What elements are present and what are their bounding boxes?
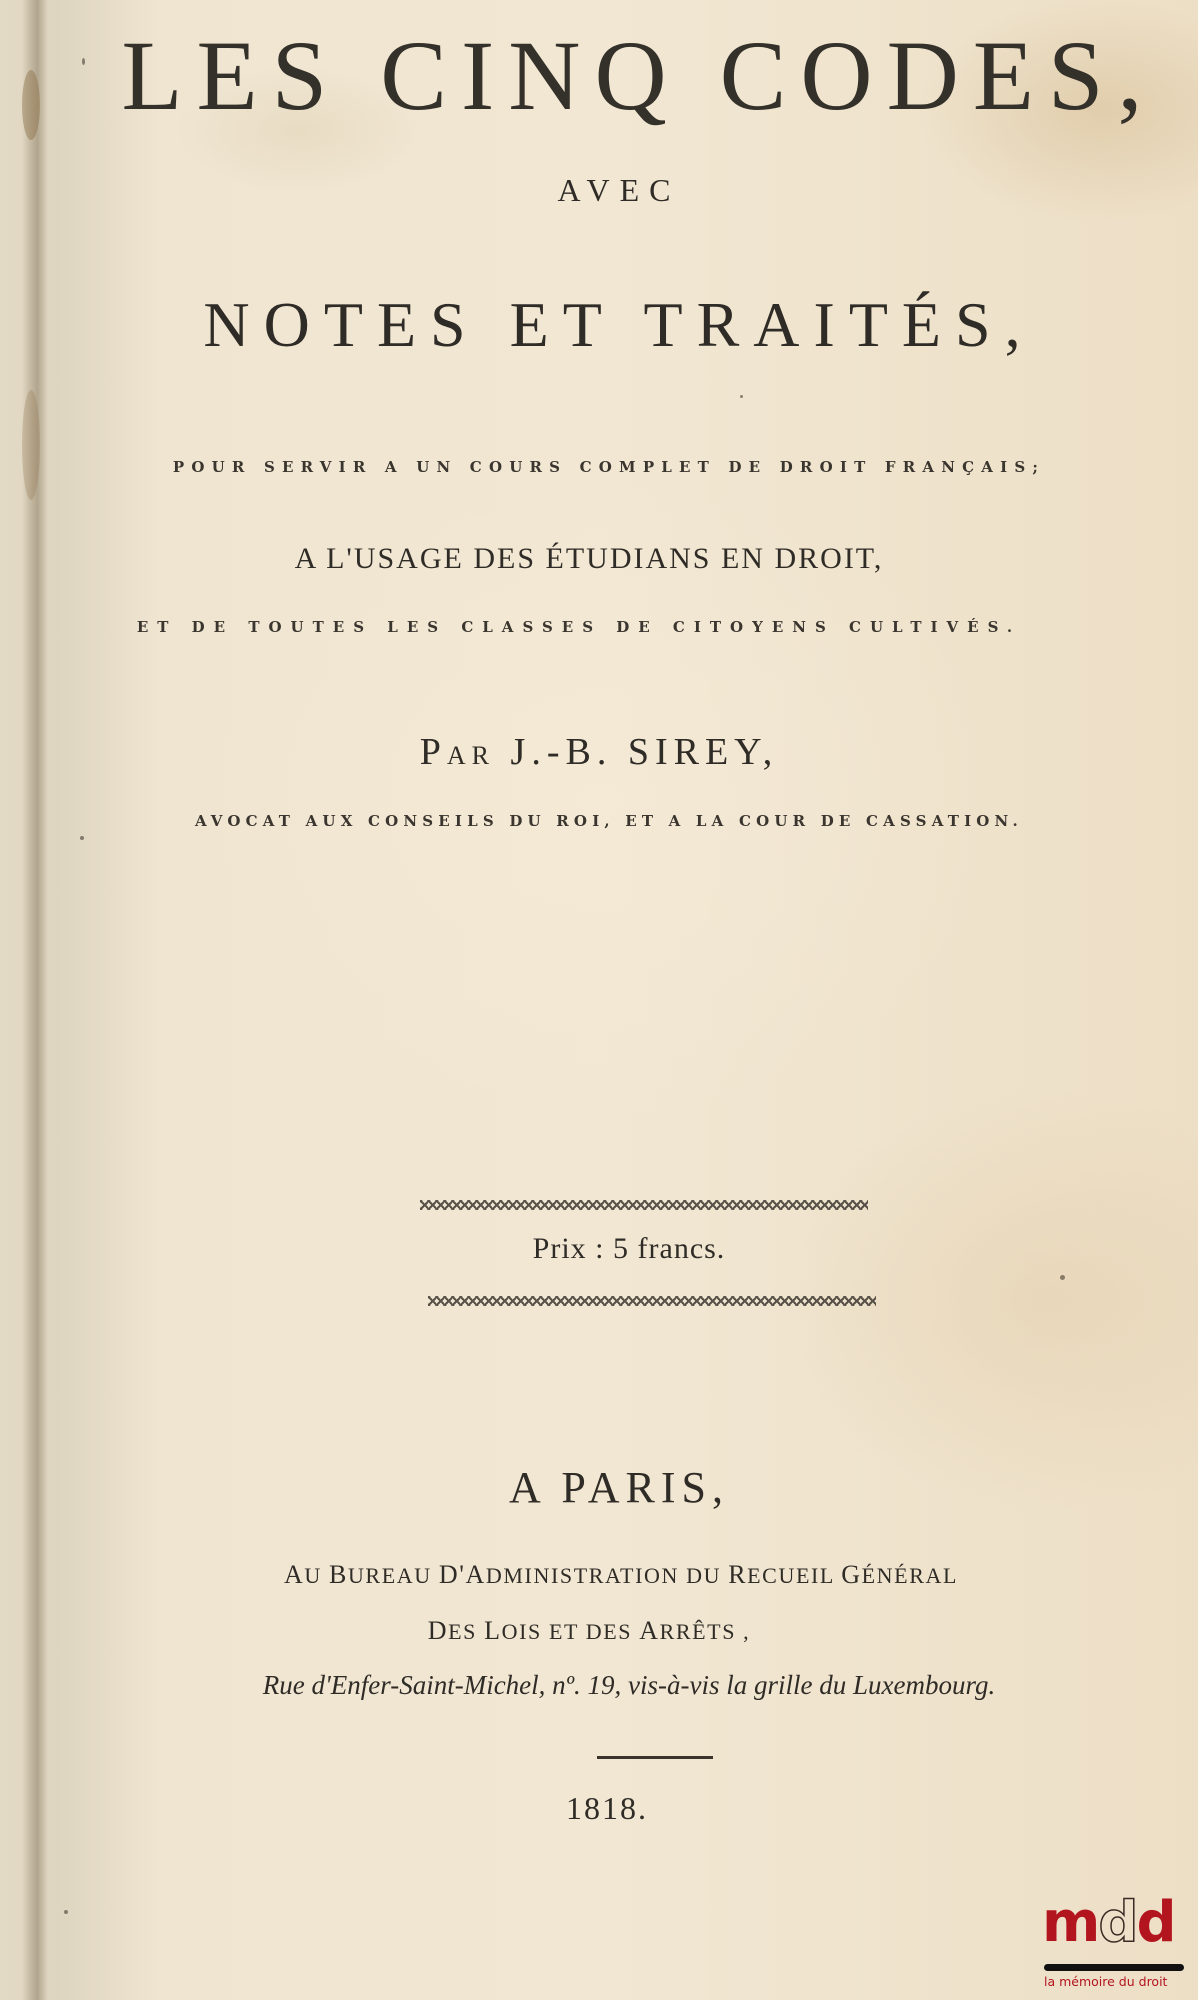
publication-year: 1818. <box>8 1790 1198 1827</box>
caps-text: ÉNÉRAL <box>862 1563 958 1588</box>
price-label: Prix : 5 francs. <box>30 1232 1198 1266</box>
paper-speck <box>1060 1275 1065 1280</box>
caps-text: ECUEIL <box>747 1563 841 1588</box>
imprint-publisher-line-1: AU BUREAU D'ADMINISTRATION DU RECUEIL GÉ… <box>22 1560 1198 1590</box>
author-prefix-initial: P <box>420 731 447 773</box>
caps-text: ES <box>448 1619 484 1644</box>
ornamental-rule-bottom <box>428 1296 876 1306</box>
author-prefix-rest: AR <box>447 741 495 770</box>
author-name: J.-B. SIREY, <box>495 731 778 773</box>
drop-cap: G <box>841 1560 861 1589</box>
drop-cap: R <box>728 1560 747 1589</box>
logo-letter-d: d <box>1136 1890 1174 1955</box>
gutter-stain <box>22 70 40 140</box>
audience-line-citizens: ET DE TOUTES LES CLASSES DE CITOYENS CUL… <box>0 618 1178 636</box>
audience-line-students: A L'USAGE DES ÉTUDIANS EN DROIT, <box>0 542 1188 576</box>
caps-text: UREAU <box>348 1563 439 1588</box>
imprint-publisher-line-2: DES LOIS ET DES ARRÊTS , <box>0 1616 1188 1646</box>
imprint-address: Rue d'Enfer-Saint-Michel, nº. 19, vis-à-… <box>30 1670 1198 1701</box>
paper-speck <box>80 836 84 840</box>
drop-cap: L <box>484 1616 501 1645</box>
year-rule <box>597 1756 713 1759</box>
mdd-watermark-logo: mdd la mémoire du droit <box>1034 1888 1194 1994</box>
drop-cap: D'A <box>439 1560 486 1589</box>
drop-cap: A <box>284 1560 304 1589</box>
logo-letter-m: m <box>1042 1890 1098 1955</box>
caps-text: RRÊTS , <box>660 1619 751 1644</box>
gutter-stain <box>22 390 40 500</box>
caps-text: DMINISTRATION DU <box>486 1563 728 1588</box>
ornamental-rule-top <box>420 1200 868 1210</box>
author-line: PAR J.-B. SIREY, <box>0 730 1198 774</box>
book-title: LES CINQ CODES, <box>40 18 1198 133</box>
book-subtitle: NOTES ET TRAITÉS, <box>20 288 1198 362</box>
logo-underline-bar <box>1044 1964 1184 1971</box>
purpose-line: POUR SERVIR A UN COURS COMPLET DE DROIT … <box>10 458 1198 476</box>
mdd-logo-letters: mdd <box>1042 1888 1175 1958</box>
title-page: LES CINQ CODES, AVEC NOTES ET TRAITÉS, P… <box>0 0 1198 2000</box>
paper-speck <box>740 395 743 398</box>
logo-tagline: la mémoire du droit <box>1044 1974 1167 1989</box>
caps-text: U <box>304 1563 329 1588</box>
imprint-city: A PARIS, <box>20 1462 1198 1513</box>
caps-text: OIS ET DES <box>502 1619 640 1644</box>
drop-cap: A <box>639 1616 659 1645</box>
drop-cap: D <box>428 1616 448 1645</box>
author-title: AVOCAT AUX CONSEILS DU ROI, ET A LA COUR… <box>10 812 1198 830</box>
drop-cap: B <box>329 1560 348 1589</box>
title-connector: AVEC <box>20 172 1198 209</box>
logo-letter-d-outline: d <box>1098 1890 1136 1955</box>
paper-speck <box>64 1910 68 1914</box>
